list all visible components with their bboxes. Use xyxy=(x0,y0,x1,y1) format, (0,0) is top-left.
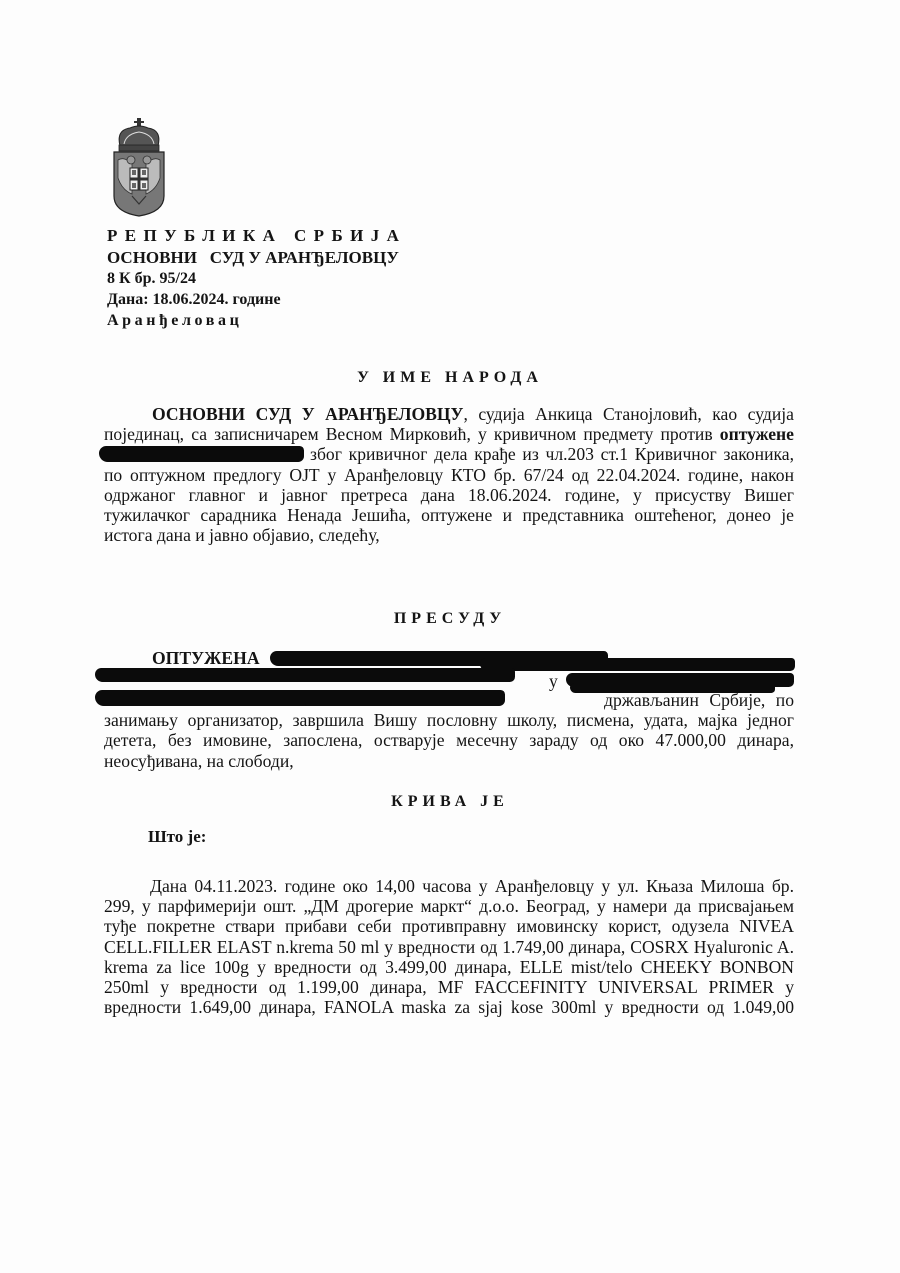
facts-line-1: Дана 04.11.2023. године око 14,00 часова… xyxy=(150,876,794,896)
document-page: РЕПУБЛИКА СРБИЈА ОСНОВНИ СУД У АРАНЂЕЛОВ… xyxy=(0,0,900,1273)
facts-line-7: вредности 1.649,00 динара, FANOLA maska … xyxy=(104,997,794,1017)
intro-line-2: појединац, са записничарем Весном Мирков… xyxy=(104,424,713,444)
because-label: Што је: xyxy=(148,827,206,847)
intro-paragraph: ОСНОВНИ СУД У АРАНЂЕЛОВЦУ, судија Анкица… xyxy=(104,404,794,545)
defendant-fragment-u: у xyxy=(549,671,558,692)
verdict-title: ПРЕСУДУ xyxy=(0,610,900,628)
facts-paragraph: Дана 04.11.2023. године око 14,00 часова… xyxy=(104,876,794,1017)
document-date: Дана: 18.06.2024. године xyxy=(107,289,281,310)
case-number: 8 К бр. 95/24 xyxy=(107,268,196,289)
defendant-label: ОПТУЖЕНА xyxy=(152,648,260,669)
intro-line-1: , судија Анкица Станојловић, као судија xyxy=(463,404,794,424)
city-name: Аранђеловац xyxy=(107,310,242,331)
facts-line-3: туђе покретне ствари прибави себи против… xyxy=(104,916,794,936)
court-name-bold: ОСНОВНИ СУД У АРАНЂЕЛОВЦУ xyxy=(152,404,463,424)
intro-line-5: одржаног главног и јавног претреса дана … xyxy=(104,485,794,505)
country-name: РЕПУБЛИКА СРБИЈА xyxy=(107,225,406,246)
intro-line-4: по оптужном предлогу ОЈТ у Аранђеловцу К… xyxy=(104,465,794,485)
title-in-the-name-of-the-people: У ИМЕ НАРОДА xyxy=(0,369,900,387)
facts-line-5: krema za lice 100g у вредности од 3.499,… xyxy=(104,957,794,977)
defendant-line-6: неосуђивана, на слободи, xyxy=(104,751,294,771)
redaction-bar xyxy=(99,446,304,462)
intro-line-7: истога дана и јавно објавио, следећу, xyxy=(104,525,380,545)
redaction-bar xyxy=(95,668,515,682)
defendant-line-4: занимању организатор, завршила Вишу посл… xyxy=(104,710,794,730)
court-name: ОСНОВНИ СУД У АРАНЂЕЛОВЦУ xyxy=(107,247,399,268)
facts-line-2: 299, у парфимерији ошт. „ДМ дрогерие мар… xyxy=(104,896,794,916)
guilty-title: КРИВА ЈЕ xyxy=(0,793,900,811)
defendant-line-5: детета, без имовине, запослена, остваруј… xyxy=(104,730,794,750)
defendant-line-3: држављанин Србије, по xyxy=(604,690,794,710)
defendant-paragraph: држављанин Србије, по занимању организат… xyxy=(104,690,794,771)
intro-line-6: тужилачког сарадника Ненада Јешића, опту… xyxy=(104,505,794,525)
serbia-coat-of-arms-icon xyxy=(110,116,168,218)
redaction-bar xyxy=(480,658,795,671)
facts-line-6: 250ml у вредности од 1.199,00 динара, MF… xyxy=(104,977,794,997)
facts-line-4: CELL.FILLER ELAST n.krema 50 ml у вредно… xyxy=(104,937,794,957)
defendant-label-bold: оптужене xyxy=(720,424,794,444)
intro-line-3: због кривичног дела крађе из чл.203 ст.1… xyxy=(310,444,794,464)
